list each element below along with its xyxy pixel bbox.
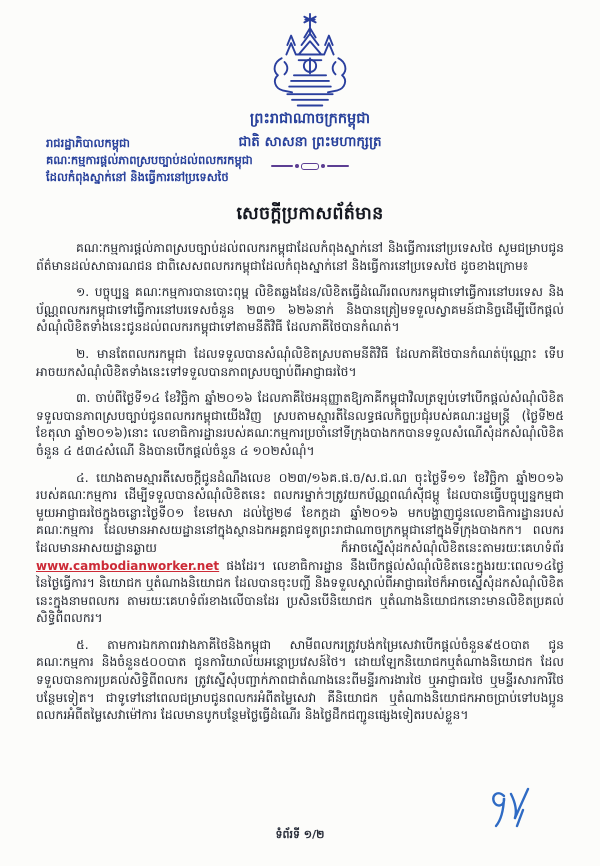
paragraph-4-text-before-link: ៤. យោងតាមស្មារតីសេចក្តីជូនដំណឹងលេខ ០២៣/១… [36, 471, 564, 555]
agency-line-government: រាជរដ្ឋាភិបាលកម្ពុជា [46, 135, 346, 152]
signature-initial [488, 784, 538, 830]
paragraph-4: ៤. យោងតាមស្មារតីសេចក្តីជូនដំណឹងលេខ ០២៣/១… [36, 470, 564, 628]
intro-paragraph: គណៈកម្មការផ្តល់ភាពស្របច្បាប់ដល់ពលករកម្ពុ… [36, 240, 564, 275]
signature-ink-icon [488, 784, 538, 830]
document-page: ព្រះរាជាណាចក្រកម្ពុជា ជាតិ សាសនា ព្រះមហា… [0, 0, 600, 866]
paragraph-1: ១. បច្ចុប្បន្ន គណៈកម្មការបានបោះពុម្ព លិខ… [36, 284, 564, 337]
cambodianworker-link[interactable]: www.cambodianworker.net [36, 559, 219, 573]
royal-arms-emblem [262, 12, 358, 114]
kingdom-title: ព្រះរាជាណាចក្រកម្ពុជា [160, 110, 460, 131]
page-number: ទំព័រទី ១/២ [0, 828, 600, 844]
agency-line-thailand: ដែលកំពុងស្នាក់នៅ និងធ្វើការនៅប្រទេសថៃ [46, 169, 346, 186]
document-body: គណៈកម្មការផ្តល់ភាពស្របច្បាប់ដល់ពលករកម្ពុ… [36, 240, 564, 734]
issuing-agency-block: រាជរដ្ឋាភិបាលកម្ពុជា គណៈកម្មការផ្តល់ភាពស… [46, 135, 346, 186]
royal-arms-icon [262, 12, 358, 114]
paragraph-3: ៣. ចាប់ពីថ្ងៃទី១៤ ខែវិច្ឆិកា ឆ្នាំ២០១៦ ដ… [36, 390, 564, 460]
agency-line-committee: គណៈកម្មការផ្តល់ភាពស្របច្បាប់ដល់ពលករកម្ពុ… [46, 152, 346, 169]
document-title: សេចក្តីប្រកាសព័ត៌មាន [0, 202, 600, 228]
paragraph-5: ៥. តាមការឯកភាពរវាងភាគីថៃនិងកម្ពុជា សាមីព… [36, 637, 564, 725]
paragraph-2: ២. មានតែពលករកម្ពុជា ដែលទទួលបានសំណុំលិខិត… [36, 346, 564, 381]
